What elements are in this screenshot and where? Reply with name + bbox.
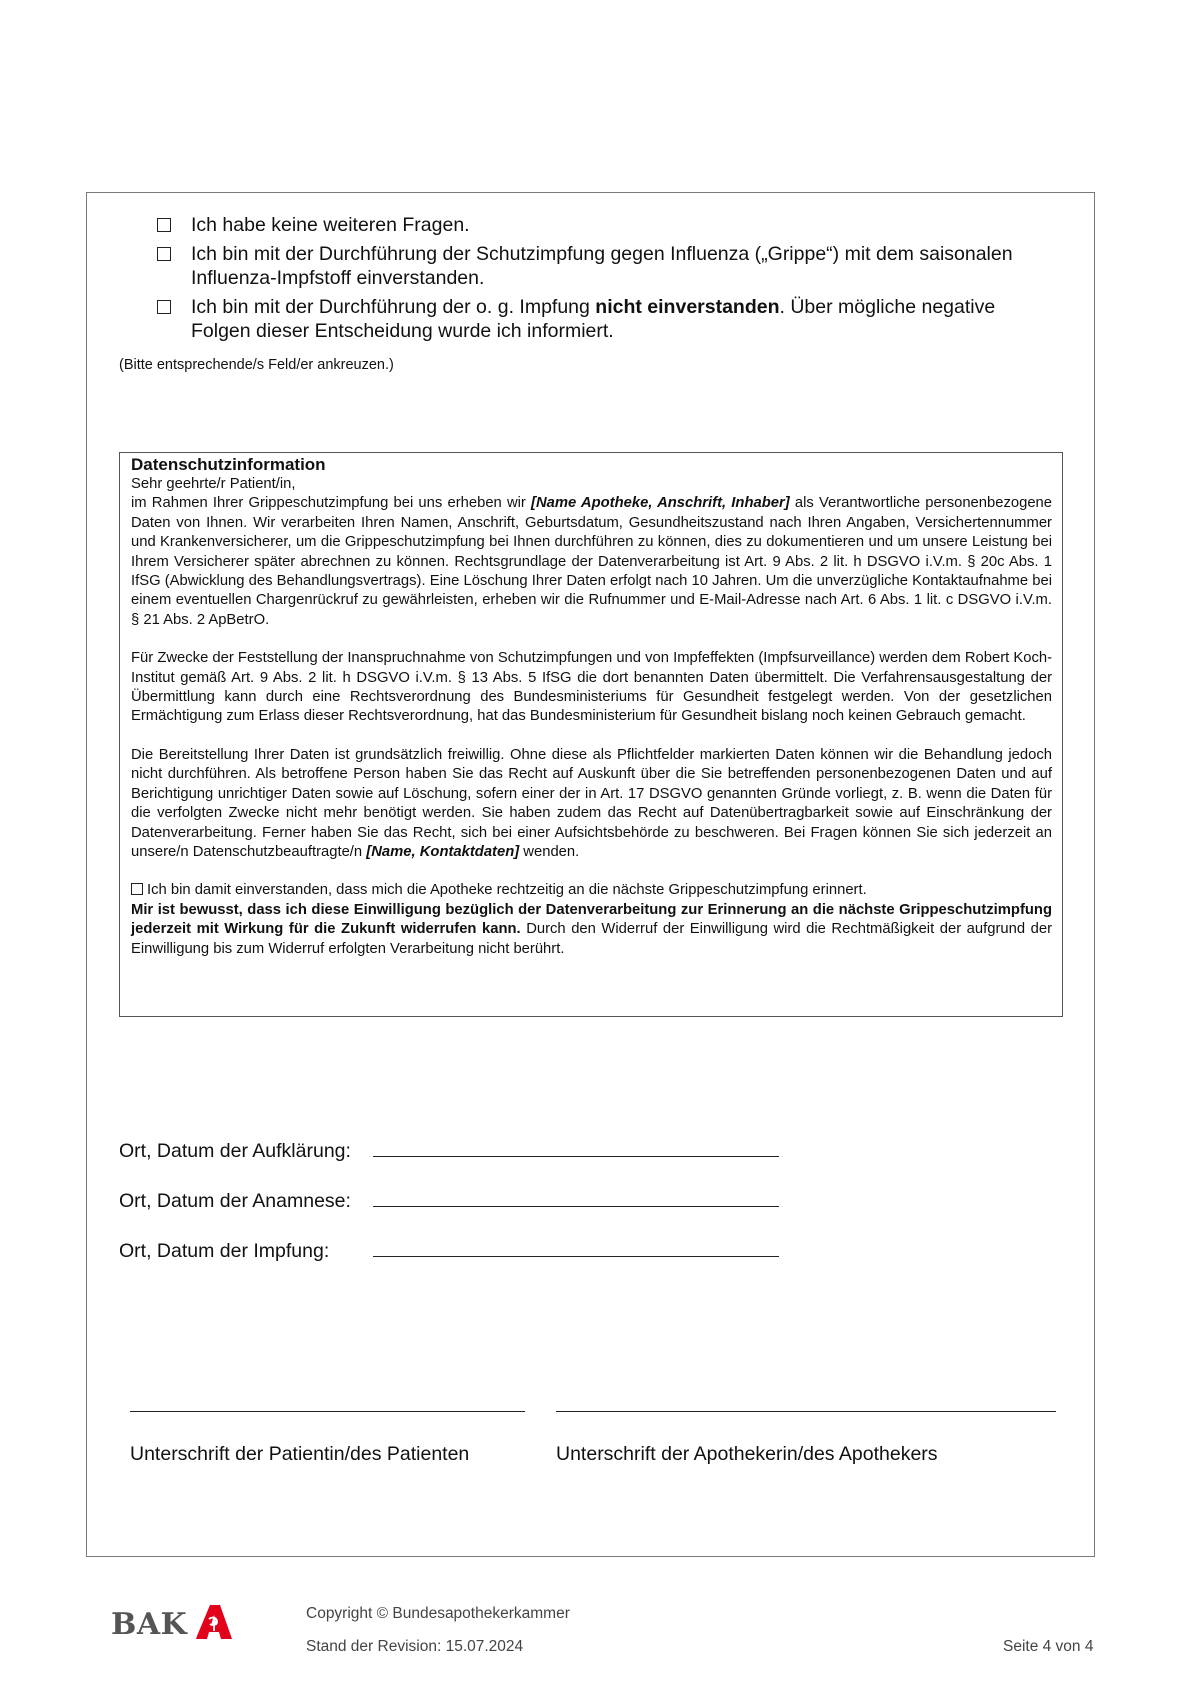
date-field-aufklaerung: Ort, Datum der Aufklärung: bbox=[119, 1139, 779, 1189]
consent-disagree-vaccination: Ich bin mit der Durchführung der o. g. I… bbox=[157, 295, 1057, 343]
consent-no-questions: Ich habe keine weiteren Fragen. bbox=[157, 213, 1057, 237]
checkbox-reminder[interactable] bbox=[131, 883, 143, 895]
checkbox-hint: (Bitte entsprechende/s Feld/er ankreuzen… bbox=[119, 357, 394, 373]
privacy-salutation: Sehr geehrte/r Patient/in, bbox=[131, 475, 1052, 494]
date-fields: Ort, Datum der Aufklärung: Ort, Datum de… bbox=[119, 1139, 779, 1289]
consent-label: Ich bin mit der Durchführung der o. g. I… bbox=[191, 295, 1057, 343]
consent-label: Ich habe keine weiteren Fragen. bbox=[191, 213, 1057, 237]
privacy-paragraph-rki: Für Zwecke der Feststellung der Inanspru… bbox=[131, 649, 1052, 727]
placeholder-pharmacy: [Name Apotheke, Anschrift, Inhaber] bbox=[531, 495, 790, 511]
page-number: Seite 4 von 4 bbox=[1003, 1638, 1093, 1656]
bak-logo: BAK bbox=[111, 1604, 233, 1645]
logo-text: BAK bbox=[111, 1607, 187, 1642]
footer-copyright: Copyright © Bundesapothekerkammer bbox=[306, 1605, 570, 1623]
date-input-line[interactable] bbox=[373, 1239, 779, 1257]
date-input-line[interactable] bbox=[373, 1139, 779, 1157]
pharmacist-signature-label: Unterschrift der Apothekerin/des Apothek… bbox=[556, 1443, 938, 1466]
apotheke-a-icon bbox=[195, 1604, 233, 1645]
privacy-paragraph-rights: Die Bereitstellung Ihrer Daten ist grund… bbox=[131, 746, 1052, 862]
revocation-notice: Mir ist bewusst, dass ich diese Einwilli… bbox=[131, 901, 1052, 959]
checkbox-no-questions[interactable] bbox=[157, 218, 171, 232]
date-field-anamnese: Ort, Datum der Anamnese: bbox=[119, 1189, 779, 1239]
patient-signature-label: Unterschrift der Patientin/des Patienten bbox=[130, 1443, 469, 1466]
date-field-impfung: Ort, Datum der Impfung: bbox=[119, 1239, 779, 1289]
privacy-title: Datenschutzinformation bbox=[131, 455, 1052, 475]
privacy-information-box: Datenschutzinformation Sehr geehrte/r Pa… bbox=[119, 452, 1063, 1017]
privacy-paragraph-processing: im Rahmen Ihrer Grippeschutzimpfung bei … bbox=[131, 494, 1052, 630]
consent-agree-vaccination: Ich bin mit der Durchführung der Schutzi… bbox=[157, 242, 1057, 290]
patient-signature-line[interactable] bbox=[130, 1411, 525, 1412]
date-input-line[interactable] bbox=[373, 1189, 779, 1207]
consent-label: Ich bin mit der Durchführung der Schutzi… bbox=[191, 242, 1057, 290]
checkbox-disagree[interactable] bbox=[157, 300, 171, 314]
form-frame: Ich habe keine weiteren Fragen. Ich bin … bbox=[86, 192, 1095, 1557]
footer-revision-date: Stand der Revision: 15.07.2024 bbox=[306, 1638, 523, 1656]
consent-options: Ich habe keine weiteren Fragen. Ich bin … bbox=[157, 213, 1057, 348]
date-label: Ort, Datum der Anamnese: bbox=[119, 1190, 373, 1213]
pharmacist-signature-line[interactable] bbox=[556, 1411, 1056, 1412]
date-label: Ort, Datum der Aufklärung: bbox=[119, 1140, 373, 1163]
checkbox-agree[interactable] bbox=[157, 247, 171, 261]
placeholder-dpo: [Name, Kontaktdaten] bbox=[366, 844, 519, 860]
reminder-consent: Ich bin damit einverstanden, dass mich d… bbox=[131, 881, 1052, 900]
date-label: Ort, Datum der Impfung: bbox=[119, 1240, 373, 1263]
